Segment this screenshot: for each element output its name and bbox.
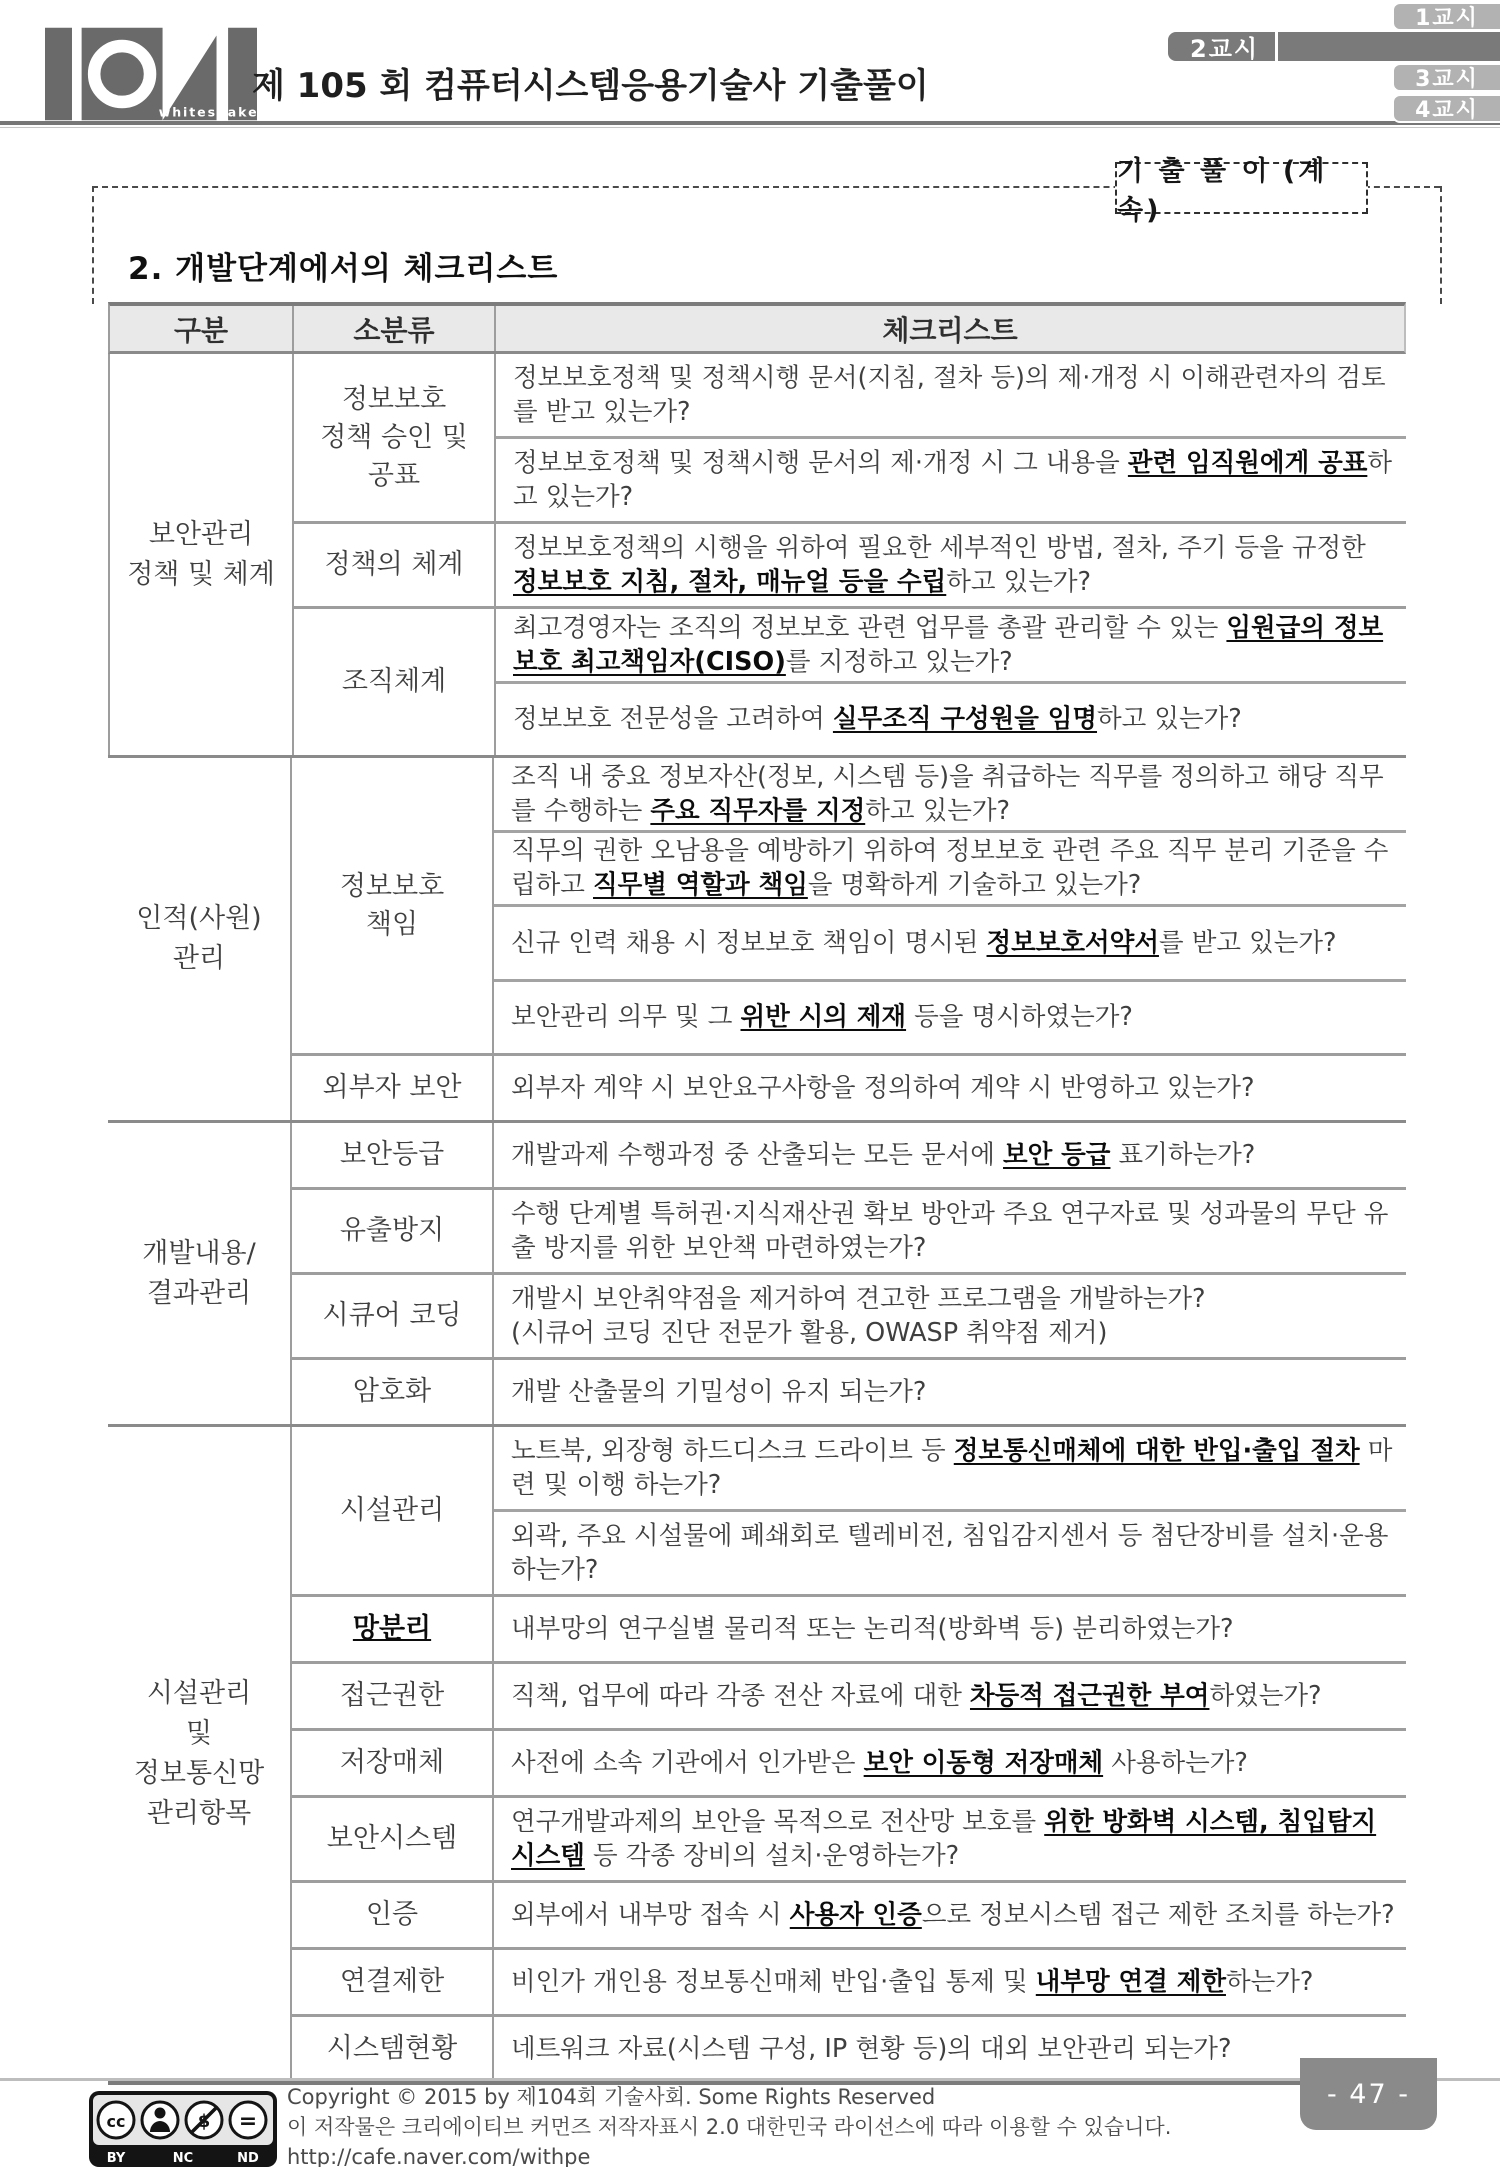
checklist-cell: 정보보호 전문성을 고려하여 실무조직 구성원을 임명하고 있는가? [496,681,1406,756]
svg-text:=: = [239,2109,257,2134]
checklist-cell: 조직 내 중요 정보자산(정보, 시스템 등)을 취급하는 직무를 정의하고 해… [494,758,1406,830]
checklist-text: 개발과제 수행과정 중 산출되는 모든 문서에 보안 등급 표기하는가? [511,1138,1255,1172]
checklist-table: 구분 소분류 체크리스트 보안관리 정책 및 체계정보보호 정책 승인 및 공표… [108,302,1406,2085]
checklist-cell: 네트워크 자료(시스템 구성, IP 현황 등)의 대외 보안관리 되는가? [494,2017,1406,2081]
subcategory-cell: 정보보호 책임 [292,758,494,1053]
group-rows: 정보보호 책임조직 내 중요 정보자산(정보, 시스템 등)을 취급하는 직무를… [292,758,1406,1120]
checklist-cell: 정보보호정책 및 정책시행 문서(지침, 절차 등)의 제·개정 시 이해관련자… [496,354,1406,436]
checklist-rows: 비인가 개인용 정보통신매체 반입·출입 통제 및 내부망 연결 제한하는가? [494,1950,1406,2014]
subcategory-row: 보안등급개발과제 수행과정 중 산출되는 모든 문서에 보안 등급 표기하는가? [292,1123,1406,1187]
checklist-cell: 비인가 개인용 정보통신매체 반입·출입 통제 및 내부망 연결 제한하는가? [494,1950,1406,2014]
dashed-border-left [92,186,94,304]
checklist-rows: 직책, 업무에 따라 각종 전산 자료에 대한 차등적 접근권한 부여하였는가? [494,1664,1406,1728]
checklist-cell: 직무의 권한 오남용을 예방하기 위하여 정보보호 관련 주요 직무 분리 기준… [494,830,1406,905]
checklist-text: 노트북, 외장형 하드디스크 드라이브 등 정보통신매체에 대한 반입·출입 절… [511,1434,1396,1502]
category-cell: 개발내용/ 결과관리 [108,1123,292,1424]
column-header-subcategory: 소분류 [294,306,496,351]
subcategory-cell: 정보보호 정책 승인 및 공표 [294,354,496,521]
subcategory-cell: 시설관리 [292,1427,494,1594]
svg-text:cc: cc [107,2112,126,2131]
checklist-text: 직무의 권한 오남용을 예방하기 위하여 정보보호 관련 주요 직무 분리 기준… [511,834,1396,902]
checklist-rows: 네트워크 자료(시스템 구성, IP 현황 등)의 대외 보안관리 되는가? [494,2017,1406,2081]
checklist-text: 외곽, 주요 시설물에 폐쇄회로 텔레비전, 침입감지센서 등 첨단장비를 설치… [511,1519,1396,1587]
svg-text:whitesnake: whitesnake [159,104,257,119]
subcategory-cell: 보안시스템 [292,1798,494,1880]
checklist-text: 정보보호정책 및 정책시행 문서의 제·개정 시 그 내용을 관련 임직원에게 … [513,446,1396,514]
table-header-row: 구분 소분류 체크리스트 [108,302,1406,354]
subcategory-cell: 보안등급 [292,1123,494,1187]
checklist-rows: 개발과제 수행과정 중 산출되는 모든 문서에 보안 등급 표기하는가? [494,1123,1406,1187]
checklist-cell: 정보보호정책의 시행을 위하여 필요한 세부적인 방법, 절차, 주기 등을 규… [496,524,1406,606]
checklist-cell: 외곽, 주요 시설물에 폐쇄회로 텔레비전, 침입감지센서 등 첨단장비를 설치… [494,1509,1406,1594]
subcategory-row: 인증외부에서 내부망 접속 시 사용자 인증으로 정보시스템 접근 제한 조치를… [292,1880,1406,1947]
checklist-text: 비인가 개인용 정보통신매체 반입·출입 통제 및 내부망 연결 제한하는가? [511,1965,1313,1999]
checklist-rows: 정보보호정책의 시행을 위하여 필요한 세부적인 방법, 절차, 주기 등을 규… [496,524,1406,606]
tab-session-1[interactable]: 1교시 [1392,2,1500,31]
copyright-line: Copyright © 2015 by 제104회 기술사회. Some Rig… [287,2082,1171,2112]
tab-session-3-label: 3교시 [1415,62,1479,93]
group-rows: 시설관리노트북, 외장형 하드디스크 드라이브 등 정보통신매체에 대한 반입·… [292,1427,1406,2081]
checklist-rows: 조직 내 중요 정보자산(정보, 시스템 등)을 취급하는 직무를 정의하고 해… [494,758,1406,1053]
subcategory-cell: 망분리 [292,1597,494,1661]
checklist-rows: 연구개발과제의 보안을 목적으로 전산망 보호를 위한 방화벽 시스템, 침입탐… [494,1798,1406,1880]
checklist-text: 네트워크 자료(시스템 구성, IP 현황 등)의 대외 보안관리 되는가? [511,2032,1231,2066]
subcategory-row: 유출방지수행 단계별 특허권·지식재산권 확보 방안과 주요 연구자료 및 성과… [292,1187,1406,1272]
page-number-badge: - 47 - [1300,2058,1437,2130]
continued-label-box: 기 출 풀 이 (계속) [1115,162,1368,214]
checklist-cell: 사전에 소속 기관에서 인가받은 보안 이동형 저장매체 사용하는가? [494,1731,1406,1795]
whitesnake-104-logo: whitesnake [45,26,257,122]
footer-text-block: Copyright © 2015 by 제104회 기술사회. Some Rig… [287,2082,1171,2167]
subcategory-row: 정보보호 정책 승인 및 공표정보보호정책 및 정책시행 문서(지침, 절차 등… [294,354,1406,521]
checklist-cell: 최고경영자는 조직의 정보보호 관련 업무를 총괄 관리할 수 있는 임원급의 … [496,609,1406,681]
checklist-cell: 수행 단계별 특허권·지식재산권 확보 방안과 주요 연구자료 및 성과물의 무… [494,1190,1406,1272]
tab-session-2-label: 2교시 [1168,32,1278,61]
category-cell: 보안관리 정책 및 체계 [110,354,294,755]
section-title: 2. 개발단계에서의 체크리스트 [128,243,558,288]
checklist-rows: 내부망의 연구실별 물리적 또는 논리적(방화벽 등) 분리하였는가? [494,1597,1406,1661]
subcategory-row: 망분리내부망의 연구실별 물리적 또는 논리적(방화벽 등) 분리하였는가? [292,1594,1406,1661]
checklist-text: 외부에서 내부망 접속 시 사용자 인증으로 정보시스템 접근 제한 조치를 하… [511,1898,1395,1932]
subcategory-cell: 저장매체 [292,1731,494,1795]
subcategory-cell: 연결제한 [292,1950,494,2014]
subcategory-cell: 조직체계 [294,609,496,755]
cc-nc-label: NC [173,2151,193,2166]
table-group: 시설관리 및 정보통신망 관리항목시설관리노트북, 외장형 하드디스크 드라이브… [108,1424,1406,2081]
source-url: http://cafe.naver.com/withpe [287,2142,1171,2167]
checklist-text: 외부자 계약 시 보안요구사항을 정의하여 계약 시 반영하고 있는가? [511,1071,1254,1105]
subcategory-row: 시큐어 코딩개발시 보안취약점을 제거하여 견고한 프로그램을 개발하는가? (… [292,1272,1406,1357]
checklist-rows: 수행 단계별 특허권·지식재산권 확보 방안과 주요 연구자료 및 성과물의 무… [494,1190,1406,1272]
checklist-cell: 개발시 보안취약점을 제거하여 견고한 프로그램을 개발하는가? (시큐어 코딩… [494,1275,1406,1357]
checklist-text: 정보보호정책 및 정책시행 문서(지침, 절차 등)의 제·개정 시 이해관련자… [513,361,1396,429]
checklist-rows: 최고경영자는 조직의 정보보호 관련 업무를 총괄 관리할 수 있는 임원급의 … [496,609,1406,755]
header-rule-shadow [0,127,1500,128]
checklist-rows: 정보보호정책 및 정책시행 문서(지침, 절차 등)의 제·개정 시 이해관련자… [496,354,1406,521]
checklist-cell: 노트북, 외장형 하드디스크 드라이브 등 정보통신매체에 대한 반입·출입 절… [494,1427,1406,1509]
checklist-cell: 신규 인력 채용 시 정보보호 책임이 명시된 정보보호서약서를 받고 있는가? [494,904,1406,979]
subcategory-cell: 인증 [292,1883,494,1947]
creative-commons-icon: cc $ = BY NC ND [88,2090,278,2167]
checklist-text: 보안관리 의무 및 그 위반 시의 제재 등을 명시하였는가? [511,1000,1133,1034]
checklist-cell: 연구개발과제의 보안을 목적으로 전산망 보호를 위한 방화벽 시스템, 침입탐… [494,1798,1406,1880]
column-header-category: 구분 [110,306,294,351]
tab-session-4-label: 4교시 [1415,93,1479,124]
subcategory-row: 정책의 체계정보보호정책의 시행을 위하여 필요한 세부적인 방법, 절차, 주… [294,521,1406,606]
table-group: 보안관리 정책 및 체계정보보호 정책 승인 및 공표정보보호정책 및 정책시행… [108,354,1406,755]
tab-session-3[interactable]: 3교시 [1392,63,1500,92]
checklist-table-body: 보안관리 정책 및 체계정보보호 정책 승인 및 공표정보보호정책 및 정책시행… [108,354,1406,2081]
subcategory-row: 시스템현황네트워크 자료(시스템 구성, IP 현황 등)의 대외 보안관리 되… [292,2014,1406,2081]
subcategory-row: 암호화개발 산출물의 기밀성이 유지 되는가? [292,1357,1406,1424]
checklist-text: 최고경영자는 조직의 정보보호 관련 업무를 총괄 관리할 수 있는 임원급의 … [513,611,1396,679]
checklist-cell: 외부자 계약 시 보안요구사항을 정의하여 계약 시 반영하고 있는가? [494,1056,1406,1120]
subcategory-cell: 외부자 보안 [292,1056,494,1120]
checklist-text: 조직 내 중요 정보자산(정보, 시스템 등)을 취급하는 직무를 정의하고 해… [511,760,1396,828]
cc-by-label: BY [107,2151,126,2166]
subcategory-row: 접근권한직책, 업무에 따라 각종 전산 자료에 대한 차등적 접근권한 부여하… [292,1661,1406,1728]
subcategory-row: 외부자 보안외부자 계약 시 보안요구사항을 정의하여 계약 시 반영하고 있는… [292,1053,1406,1120]
checklist-text: 연구개발과제의 보안을 목적으로 전산망 보호를 위한 방화벽 시스템, 침입탐… [511,1805,1396,1873]
checklist-cell: 외부에서 내부망 접속 시 사용자 인증으로 정보시스템 접근 제한 조치를 하… [494,1883,1406,1947]
license-line: 이 저작물은 크리에이티브 커먼즈 저작자표시 2.0 대한민국 라이선스에 따… [287,2112,1171,2142]
checklist-cell: 보안관리 의무 및 그 위반 시의 제재 등을 명시하였는가? [494,979,1406,1054]
checklist-rows: 외부에서 내부망 접속 시 사용자 인증으로 정보시스템 접근 제한 조치를 하… [494,1883,1406,1947]
group-rows: 보안등급개발과제 수행과정 중 산출되는 모든 문서에 보안 등급 표기하는가?… [292,1123,1406,1424]
cc-nd-label: ND [237,2151,259,2166]
tab-session-2[interactable]: 2교시 [1166,30,1500,63]
checklist-rows: 개발시 보안취약점을 제거하여 견고한 프로그램을 개발하는가? (시큐어 코딩… [494,1275,1406,1357]
column-header-checklist: 체크리스트 [496,306,1404,351]
checklist-cell: 직책, 업무에 따라 각종 전산 자료에 대한 차등적 접근권한 부여하였는가? [494,1664,1406,1728]
checklist-text: 정보보호 전문성을 고려하여 실무조직 구성원을 임명하고 있는가? [513,702,1242,736]
checklist-cell: 개발과제 수행과정 중 산출되는 모든 문서에 보안 등급 표기하는가? [494,1123,1406,1187]
subcategory-cell: 접근권한 [292,1664,494,1728]
group-rows: 정보보호 정책 승인 및 공표정보보호정책 및 정책시행 문서(지침, 절차 등… [294,354,1406,755]
checklist-rows: 외부자 계약 시 보안요구사항을 정의하여 계약 시 반영하고 있는가? [494,1056,1406,1120]
checklist-text: 정보보호정책의 시행을 위하여 필요한 세부적인 방법, 절차, 주기 등을 규… [513,531,1396,599]
subcategory-cell: 시큐어 코딩 [292,1275,494,1357]
subcategory-row: 저장매체사전에 소속 기관에서 인가받은 보안 이동형 저장매체 사용하는가? [292,1728,1406,1795]
checklist-text: 직책, 업무에 따라 각종 전산 자료에 대한 차등적 접근권한 부여하였는가? [511,1679,1322,1713]
checklist-text: 개발시 보안취약점을 제거하여 견고한 프로그램을 개발하는가? (시큐어 코딩… [511,1282,1206,1350]
subcategory-row: 연결제한비인가 개인용 정보통신매체 반입·출입 통제 및 내부망 연결 제한하… [292,1947,1406,2014]
subcategory-cell: 정책의 체계 [294,524,496,606]
table-group: 인적(사원) 관리정보보호 책임조직 내 중요 정보자산(정보, 시스템 등)을… [108,755,1406,1120]
page-title: 제 105 회 컴퓨터시스템응용기술사 기출풀이 [252,58,929,107]
checklist-cell: 정보보호정책 및 정책시행 문서의 제·개정 시 그 내용을 관련 임직원에게 … [496,436,1406,521]
table-group: 개발내용/ 결과관리보안등급개발과제 수행과정 중 산출되는 모든 문서에 보안… [108,1120,1406,1424]
page-root: whitesnake 제 105 회 컴퓨터시스템응용기술사 기출풀이 1교시 … [0,0,1500,2167]
checklist-rows: 노트북, 외장형 하드디스크 드라이브 등 정보통신매체에 대한 반입·출입 절… [494,1427,1406,1594]
checklist-rows: 개발 산출물의 기밀성이 유지 되는가? [494,1360,1406,1424]
subcategory-row: 보안시스템연구개발과제의 보안을 목적으로 전산망 보호를 위한 방화벽 시스템… [292,1795,1406,1880]
category-cell: 시설관리 및 정보통신망 관리항목 [108,1427,292,2081]
cc-license-badge: cc $ = BY NC ND [88,2090,278,2167]
tab-session-4[interactable]: 4교시 [1392,94,1500,123]
footer-rule [0,2078,1500,2081]
subcategory-cell: 유출방지 [292,1190,494,1272]
subcategory-row: 정보보호 책임조직 내 중요 정보자산(정보, 시스템 등)을 취급하는 직무를… [292,758,1406,1053]
checklist-cell: 내부망의 연구실별 물리적 또는 논리적(방화벽 등) 분리하였는가? [494,1597,1406,1661]
subcategory-cell: 암호화 [292,1360,494,1424]
category-cell: 인적(사원) 관리 [108,758,292,1120]
dashed-border-right [1440,186,1442,304]
subcategory-cell: 시스템현황 [292,2017,494,2081]
checklist-cell: 개발 산출물의 기밀성이 유지 되는가? [494,1360,1406,1424]
whitesnake-logo-icon: whitesnake [45,26,257,122]
header-rule [0,121,1500,125]
tab-session-1-label: 1교시 [1415,1,1479,32]
subcategory-row: 시설관리노트북, 외장형 하드디스크 드라이브 등 정보통신매체에 대한 반입·… [292,1427,1406,1594]
checklist-text: 사전에 소속 기관에서 인가받은 보안 이동형 저장매체 사용하는가? [511,1746,1248,1780]
checklist-text: 개발 산출물의 기밀성이 유지 되는가? [511,1375,926,1409]
checklist-text: 수행 단계별 특허권·지식재산권 확보 방안과 주요 연구자료 및 성과물의 무… [511,1197,1396,1265]
subcategory-row: 조직체계최고경영자는 조직의 정보보호 관련 업무를 총괄 관리할 수 있는 임… [294,606,1406,755]
checklist-text: 내부망의 연구실별 물리적 또는 논리적(방화벽 등) 분리하였는가? [511,1612,1234,1646]
checklist-text: 신규 인력 채용 시 정보보호 책임이 명시된 정보보호서약서를 받고 있는가? [511,926,1337,960]
checklist-rows: 사전에 소속 기관에서 인가받은 보안 이동형 저장매체 사용하는가? [494,1731,1406,1795]
